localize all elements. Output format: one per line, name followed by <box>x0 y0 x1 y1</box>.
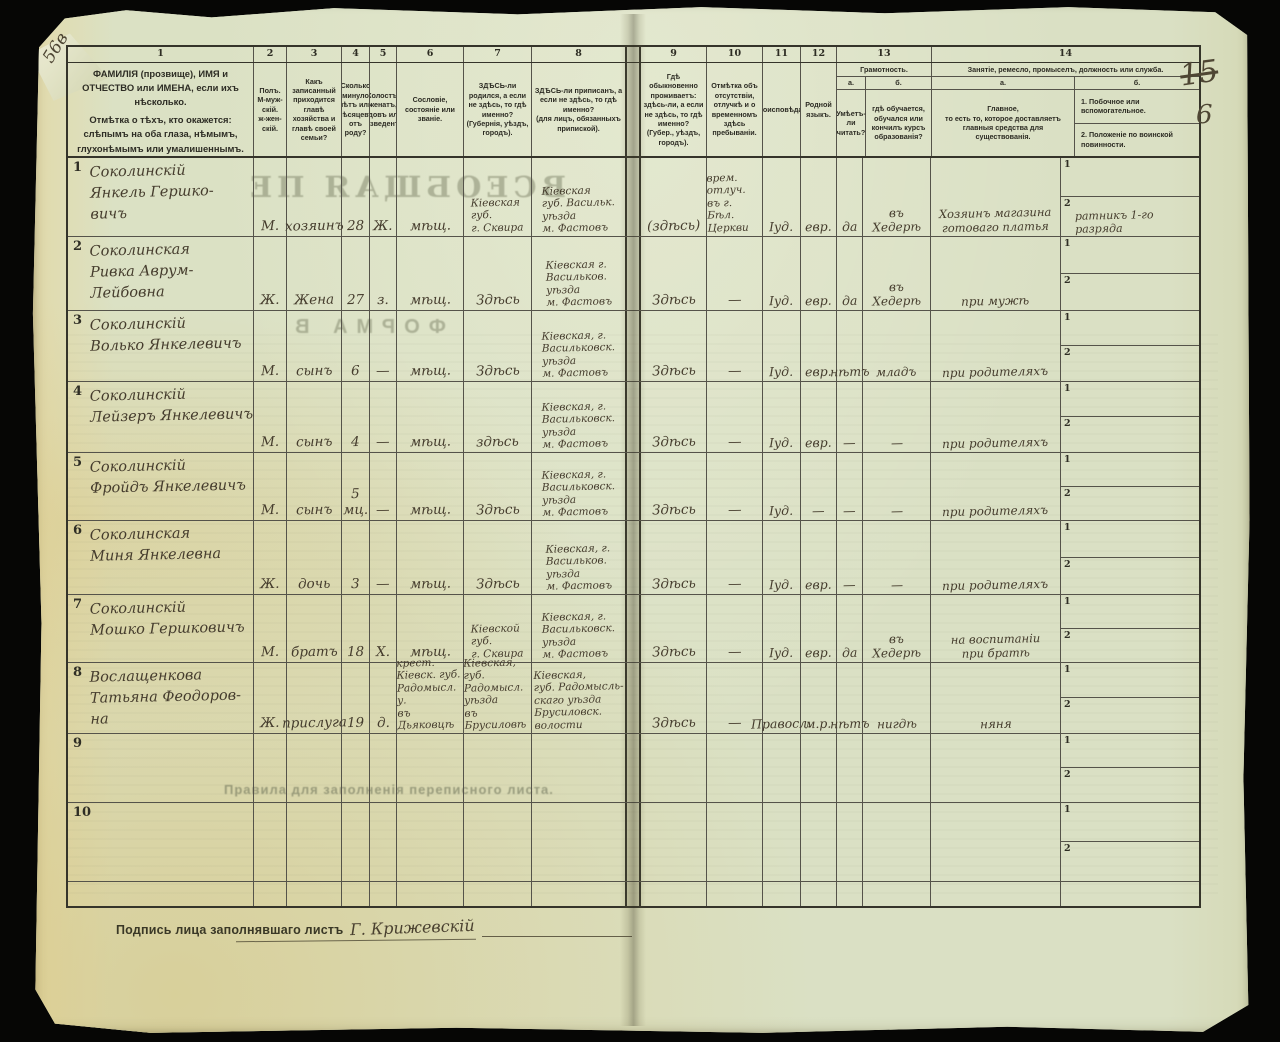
col-number: 13 <box>837 47 932 62</box>
name-cell: 4 Соколинскій Лейзеръ Янкелевичъ <box>68 382 254 452</box>
residence-cell <box>641 803 707 881</box>
signature-block: Подпись лица заполнявшаго листъ Г. Криже… <box>116 918 632 937</box>
absence-cell: — <box>707 382 763 452</box>
age-cell: 3 <box>342 521 370 594</box>
occupation-b2-subcell: 2 <box>1061 629 1199 663</box>
name-cell: 3 Соколинскій Волько Янкелевичъ <box>68 311 254 381</box>
birthplace-cell: Здѣсь <box>464 453 532 520</box>
occupation-b2-subcell: 2 <box>1061 487 1199 521</box>
literacy-b-cell: въ Хедерѣ <box>863 237 931 310</box>
subcell-number: 2 <box>1064 630 1071 641</box>
col-number: 3 <box>287 47 342 62</box>
registration-cell: Кіевская, г. Васильковск. уѣзда м. Фасто… <box>532 453 627 520</box>
header-estate: Сословіе, состояніе или званіе. <box>397 63 464 156</box>
sex-cell: Ж. <box>254 237 287 310</box>
margin-note-15: 15 <box>1178 54 1221 94</box>
photo-of-census-sheet: ВСЕОБЩАЯ ПЕ ФОРМА В Правила для заполнен… <box>0 0 1280 1042</box>
relation-cell: прислуга <box>287 663 342 733</box>
header-birthplace: ЗДѢСЬ-ли родился, а если не здѣсь, то гд… <box>464 63 532 156</box>
fold-gap <box>627 158 641 236</box>
estate-cell: мѣщ. <box>397 382 464 452</box>
signature-underline <box>236 939 476 943</box>
literacy-a-cell: да <box>837 158 863 236</box>
subcell-number: 2 <box>1064 559 1071 570</box>
marital-cell: — <box>370 453 397 520</box>
header-language: Родной языкъ. <box>801 63 837 156</box>
estate-cell: мѣщ. <box>397 311 464 381</box>
registration-cell: Кіевская г. Васильков. уѣзда м. Фастовъ <box>532 237 627 310</box>
header-row: ФАМИЛІЯ (прозвище), ИМЯ и ОТЧЕСТВО или И… <box>68 63 1199 158</box>
residence-cell: Здѣсь <box>641 595 707 662</box>
person-name: Соколинскій Лейзеръ Янкелевичъ <box>90 383 254 428</box>
header-name-note: Отмѣтка о тѣхъ, кто окажется: слѣпымъ на… <box>75 113 246 155</box>
row-number: 4 <box>73 384 82 399</box>
marital-cell: Ж. <box>370 158 397 236</box>
language-cell <box>801 803 837 881</box>
table-body: 1 Соколинскій Янкель Гершко- вичъ М. хоз… <box>68 158 1199 882</box>
language-cell: — <box>801 453 837 520</box>
subcell-number: 2 <box>1064 699 1071 710</box>
person-name <box>90 804 253 807</box>
residence-cell: Здѣсь <box>641 521 707 594</box>
fold-gap <box>627 311 641 381</box>
subcell-number: 2 <box>1064 418 1071 429</box>
subcell-number: 2 <box>1064 198 1071 209</box>
absence-cell: — <box>707 453 763 520</box>
age-cell: 27 <box>342 237 370 310</box>
table-row: 1 Соколинскій Янкель Гершко- вичъ М. хоз… <box>68 158 1199 237</box>
signature-handwriting: Г. Крижевскій <box>349 916 474 939</box>
occupation-b2-subcell: 2 ратникъ 1-го разряда <box>1061 197 1199 236</box>
residence-cell: Здѣсь <box>641 311 707 381</box>
fold-gap <box>627 63 641 156</box>
literacy-a-cell <box>837 803 863 881</box>
header-absence: Отмѣтка объ отсутствіи, отлучкѣ и о врем… <box>707 63 763 156</box>
absence-cell: — <box>707 521 763 594</box>
occupation-b-block: 1. Побочное или вспомогательное. 2. Поло… <box>1075 90 1199 156</box>
registration-cell: Кіевская, г. Васильковск. уѣзда м. Фасто… <box>532 595 627 662</box>
fold-gap <box>627 521 641 594</box>
header-literacy: Грамотность. а. б. Умѣетъ-ли читать? гдѣ… <box>837 63 932 156</box>
subcell-number: 2 <box>1064 488 1071 499</box>
literacy-b-cell <box>863 734 931 802</box>
literacy-b-cell: — <box>863 521 931 594</box>
table-row: 8 Вослащенкова Татьяна Феодоров- на Ж. п… <box>68 663 1199 734</box>
subcell-number: 1 <box>1064 159 1071 170</box>
language-cell: евр. <box>801 237 837 310</box>
col-number: 2 <box>254 47 287 62</box>
residence-cell: Здѣсь <box>641 453 707 520</box>
occupation-a-cell: Хозяинъ магазина готоваго платья <box>931 158 1061 236</box>
occupation-b-cell: 1 2 <box>1061 663 1199 733</box>
name-cell: 7 Соколинскій Мошко Гершковичъ <box>68 595 254 662</box>
birthplace-cell: Здѣсь <box>464 521 532 594</box>
fold-gap <box>627 595 641 662</box>
fold-gap <box>627 734 641 802</box>
signature-label: Подпись лица заполнявшаго листъ <box>116 923 344 937</box>
subcell-number: 2 <box>1064 275 1071 286</box>
registration-cell <box>532 734 627 802</box>
age-cell: 19 <box>342 663 370 733</box>
relation-cell <box>287 734 342 802</box>
absence-cell: врем. отлуч. въ г. Бѣл. Церкви <box>707 158 763 236</box>
relation-cell <box>287 803 342 881</box>
literacy-b-cell <box>863 803 931 881</box>
table-row: 6 Соколинская Миня Янкелевна Ж. дочь 3 —… <box>68 521 1199 595</box>
age-cell <box>342 734 370 802</box>
row-number: 10 <box>73 805 91 820</box>
subcell-number: 2 <box>1064 769 1071 780</box>
absence-cell <box>707 803 763 881</box>
residence-cell: Здѣсь <box>641 382 707 452</box>
registration-cell: Кіевская, г. Васильков. уѣзда м. Фастовъ <box>532 521 627 594</box>
person-name: Соколинская Ривка Аврум- Лейбовна <box>89 238 253 304</box>
registration-cell: Кіевская, губ. Радомысль- скаго уѣзда Бр… <box>532 663 627 733</box>
literacy-b-cell: нигдѣ <box>863 663 931 733</box>
literacy-a-text: Умѣетъ-ли читать? <box>837 90 866 156</box>
residence-cell: Здѣсь <box>641 237 707 310</box>
occupation-a-cell: при мужѣ <box>931 237 1061 310</box>
residence-cell: (здѣсь) <box>641 158 707 236</box>
religion-cell: Іуд. <box>763 453 801 520</box>
registration-cell: Кіевская, г. Васильковск. уѣзда м. Фасто… <box>532 311 627 381</box>
marital-cell: д. <box>370 663 397 733</box>
subcell-number: 1 <box>1064 238 1071 249</box>
literacy-a-label: а. <box>837 77 866 89</box>
name-cell: 6 Соколинская Миня Янкелевна <box>68 521 254 594</box>
literacy-a-cell: нѣтъ <box>837 663 863 733</box>
sex-cell: М. <box>254 595 287 662</box>
marital-cell <box>370 734 397 802</box>
estate-cell: мѣщ. <box>397 237 464 310</box>
row-number: 3 <box>73 313 82 328</box>
literacy-b-cell: — <box>863 382 931 452</box>
literacy-b-cell: въ Хедерѣ <box>863 158 931 236</box>
religion-cell <box>763 734 801 802</box>
subcell-number: 1 <box>1064 596 1071 607</box>
occupation-b2-subcell: 2 <box>1061 558 1199 595</box>
age-cell <box>342 803 370 881</box>
residence-cell <box>641 734 707 802</box>
row-number: 8 <box>73 665 82 680</box>
birthplace-cell: здѣсь <box>464 382 532 452</box>
col-number: 5 <box>370 47 397 62</box>
sex-cell: М. <box>254 158 287 236</box>
margin-note-6: 6 <box>1196 100 1213 130</box>
occupation-title: Занятіе, ремесло, промыселъ, должность и… <box>932 63 1199 77</box>
occupation-b1-subcell: 1 <box>1061 311 1199 346</box>
occupation-b-cell: 1 2 ратникъ 1-го разряда <box>1061 158 1199 236</box>
sex-cell <box>254 734 287 802</box>
registration-cell: Кіевская губ. Васильк. уѣзда м. Фастовъ <box>532 158 627 236</box>
birthplace-cell: Здѣсь <box>464 311 532 381</box>
estate-cell: крест. Кіевск. губ. Радомысл. у. въ Дьяк… <box>397 663 464 733</box>
person-name: Вослащенкова Татьяна Феодоров- на <box>89 664 253 730</box>
occupation-b1-subcell: 1 <box>1061 521 1199 558</box>
occupation-b-cell: 1 2 <box>1061 311 1199 381</box>
person-name: Соколинскій Янкель Гершко- вичъ <box>89 159 253 225</box>
relation-cell: Жена <box>287 237 342 310</box>
table-row: 10 1 2 <box>68 803 1199 882</box>
occupation-b1-subcell: 1 <box>1061 237 1199 274</box>
marital-cell: з. <box>370 237 397 310</box>
estate-cell: мѣщ. <box>397 158 464 236</box>
fold-gap <box>627 382 641 452</box>
subcell-number: 1 <box>1064 454 1071 465</box>
bottom-strip <box>68 882 1199 906</box>
religion-cell: Іуд. <box>763 382 801 452</box>
marital-cell: — <box>370 382 397 452</box>
literacy-a-cell: — <box>837 521 863 594</box>
header-residence: Гдѣ обыкновенно проживаетъ: здѣсь-ли, а … <box>641 63 707 156</box>
col-number: 8 <box>532 47 627 62</box>
fold-gap <box>627 663 641 733</box>
table-row: 3 Соколинскій Волько Янкелевичъ М. сынъ … <box>68 311 1199 382</box>
header-name-column: ФАМИЛІЯ (прозвище), ИМЯ и ОТЧЕСТВО или И… <box>68 63 254 156</box>
occupation-a-cell: няня <box>931 663 1061 733</box>
signature-line <box>482 936 632 937</box>
row-number: 2 <box>73 239 82 254</box>
age-cell: 6 <box>342 311 370 381</box>
age-cell: 28 <box>342 158 370 236</box>
occupation-b-cell: 1 2 <box>1061 237 1199 310</box>
religion-cell: Правосл. <box>763 663 801 733</box>
relation-cell: дочь <box>287 521 342 594</box>
header-sex: Полъ. М-муж-скій. ж-жен-скій. <box>254 63 287 156</box>
table-row: 7 Соколинскій Мошко Гершковичъ М. братъ … <box>68 595 1199 663</box>
col-number: 9 <box>641 47 707 62</box>
subcell-number: 1 <box>1064 664 1071 675</box>
literacy-a-cell: — <box>837 382 863 452</box>
marital-cell: — <box>370 521 397 594</box>
name-cell: 5 Соколинскій Фройдъ Янкелевичъ <box>68 453 254 520</box>
marital-cell: — <box>370 311 397 381</box>
sex-cell: М. <box>254 453 287 520</box>
col-number: 11 <box>763 47 801 62</box>
col-number: 10 <box>707 47 763 62</box>
occupation-b1-subcell: 1 <box>1061 663 1199 698</box>
relation-cell: сынъ <box>287 382 342 452</box>
col-number: 4 <box>342 47 370 62</box>
occupation-b1-subcell: 1 <box>1061 803 1199 842</box>
birthplace-cell <box>464 803 532 881</box>
person-name <box>90 735 253 738</box>
registration-cell: Кіевская, г. Васильковск. уѣзда м. Фасто… <box>532 382 627 452</box>
person-name: Соколинскій Волько Янкелевичъ <box>90 312 254 357</box>
literacy-b-label: б. <box>866 77 931 89</box>
literacy-a-cell: нѣтъ <box>837 311 863 381</box>
name-cell: 1 Соколинскій Янкель Гершко- вичъ <box>68 158 254 236</box>
religion-cell: Іуд. <box>763 237 801 310</box>
literacy-title: Грамотность. <box>837 63 931 77</box>
header-registration: ЗДѢСЬ-ли приписанъ, а если не здѣсь, то … <box>532 63 627 156</box>
occupation-a-cell: при родителяхъ <box>931 382 1061 452</box>
literacy-a-cell: — <box>837 453 863 520</box>
literacy-a-cell <box>837 734 863 802</box>
marital-cell <box>370 803 397 881</box>
birthplace-cell: Кіевская губ. г. Сквира <box>464 158 532 236</box>
relation-cell: сынъ <box>287 453 342 520</box>
census-sheet: ВСЕОБЩАЯ ПЕ ФОРМА В Правила для заполнен… <box>28 4 1252 1036</box>
religion-cell: Іуд. <box>763 521 801 594</box>
sex-cell: М. <box>254 311 287 381</box>
age-cell: 4 <box>342 382 370 452</box>
sex-cell <box>254 803 287 881</box>
occupation-b-cell: 1 2 <box>1061 453 1199 520</box>
subcell-number: 1 <box>1064 383 1071 394</box>
column-number-row: 1 2 3 4 5 6 7 8 9 10 11 12 13 14 <box>68 47 1199 63</box>
fold-gap <box>627 453 641 520</box>
birthplace-cell: Здѣсь <box>464 237 532 310</box>
occupation-b-cell: 1 2 <box>1061 382 1199 452</box>
relation-cell: хозяинъ <box>287 158 342 236</box>
occupation-b1-subcell: 1 <box>1061 382 1199 417</box>
header-name-text: ФАМИЛІЯ (прозвище), ИМЯ и ОТЧЕСТВО или И… <box>75 67 246 109</box>
name-cell: 10 <box>68 803 254 881</box>
row-number: 7 <box>73 597 82 612</box>
census-table: 1 2 3 4 5 6 7 8 9 10 11 12 13 14 ФАМИЛІЯ… <box>66 45 1201 908</box>
occupation-b2-subcell: 2 <box>1061 417 1199 452</box>
name-cell: 2 Соколинская Ривка Аврум- Лейбовна <box>68 237 254 310</box>
subcell-number: 1 <box>1064 522 1071 533</box>
language-cell <box>801 734 837 802</box>
row-number: 9 <box>73 736 82 751</box>
header-occupation: Занятіе, ремесло, промыселъ, должность и… <box>932 63 1199 156</box>
absence-cell <box>707 734 763 802</box>
header-marital: Холостъ, женатъ, вдовъ или разведенъ? <box>370 63 397 156</box>
header-relation: Какъ записанный приходится главѣ хозяйст… <box>287 63 342 156</box>
occupation-b1-subcell: 1 <box>1061 158 1199 197</box>
religion-cell: Іуд. <box>763 311 801 381</box>
occupation-a-cell: при родителяхъ <box>931 311 1061 381</box>
relation-cell: сынъ <box>287 311 342 381</box>
literacy-b-cell: младъ <box>863 311 931 381</box>
occupation-b2-subcell: 2 <box>1061 346 1199 381</box>
absence-cell: — <box>707 595 763 662</box>
birthplace-cell: Кіевской губ. г. Сквира <box>464 595 532 662</box>
literacy-b-cell: — <box>863 453 931 520</box>
literacy-b-text: гдѣ обучается, обучался или кончилъ курс… <box>866 90 931 156</box>
table-row: 4 Соколинскій Лейзеръ Янкелевичъ М. сынъ… <box>68 382 1199 453</box>
fold-gap <box>627 803 641 881</box>
relation-cell: братъ <box>287 595 342 662</box>
col-number: 14 <box>932 47 1199 62</box>
name-cell: 9 <box>68 734 254 802</box>
occupation-a-cell <box>931 803 1061 881</box>
religion-cell: Іуд. <box>763 158 801 236</box>
occupation-b1-subcell: 1 <box>1061 595 1199 629</box>
row-number: 5 <box>73 455 82 470</box>
table-row: 5 Соколинскій Фройдъ Янкелевичъ М. сынъ … <box>68 453 1199 521</box>
sex-cell: М. <box>254 382 287 452</box>
occupation-b1-subcell: 1 <box>1061 453 1199 487</box>
occupation-b-cell: 1 2 <box>1061 595 1199 662</box>
subcell-number: 1 <box>1064 804 1071 815</box>
occupation-b2-subcell: 2 <box>1061 768 1199 802</box>
religion-cell: Іуд. <box>763 595 801 662</box>
fold-gap <box>627 237 641 310</box>
birthplace-cell <box>464 734 532 802</box>
registration-cell <box>532 803 627 881</box>
occupation-a-cell: при родителяхъ <box>931 453 1061 520</box>
occupation-a-cell <box>931 734 1061 802</box>
occupation-b2-subcell: 2 <box>1061 274 1199 311</box>
absence-cell: — <box>707 237 763 310</box>
age-cell: 18 <box>342 595 370 662</box>
table-row: 9 1 2 <box>68 734 1199 803</box>
person-name: Соколинскій Мошко Гершковичъ <box>90 596 254 641</box>
row-number: 6 <box>73 523 82 538</box>
estate-cell <box>397 734 464 802</box>
marital-cell: Х. <box>370 595 397 662</box>
sex-cell: Ж. <box>254 521 287 594</box>
subcell-number: 2 <box>1064 843 1071 854</box>
subcell-number: 1 <box>1064 735 1071 746</box>
person-name: Соколинскій Фройдъ Янкелевичъ <box>90 454 254 499</box>
occupation-a-cell: на воспитаніи при братѣ <box>931 595 1061 662</box>
col-number: 1 <box>68 47 254 62</box>
language-cell: евр. <box>801 595 837 662</box>
occupation-a-cell: при родителяхъ <box>931 521 1061 594</box>
birthplace-cell: Кіевская, губ. Радомысл. уѣзда въ Брусил… <box>464 663 532 733</box>
age-cell: 5 мц. <box>342 453 370 520</box>
occupation-b-cell: 1 2 <box>1061 734 1199 802</box>
person-name: Соколинская Миня Янкелевна <box>90 522 254 567</box>
language-cell: евр. <box>801 382 837 452</box>
col-number: 7 <box>464 47 532 62</box>
language-cell: евр. <box>801 521 837 594</box>
occupation-b2-subcell: 2 <box>1061 842 1199 881</box>
occupation-b1-text: 1. Побочное или вспомогательное. <box>1075 90 1199 123</box>
occupation-a-label: а. <box>932 77 1075 89</box>
literacy-a-cell: да <box>837 595 863 662</box>
occupation-b-cell: 1 2 <box>1061 521 1199 594</box>
header-age: Сколько минуло лѣтъ или мѣсяцевъ отъ род… <box>342 63 370 156</box>
header-religion: Вѣроисповѣданіе. <box>763 63 801 156</box>
language-cell: евр. <box>801 158 837 236</box>
subcell-number: 1 <box>1064 312 1071 323</box>
literacy-a-cell: да <box>837 237 863 310</box>
fold-gap <box>627 47 641 62</box>
estate-cell: мѣщ. <box>397 595 464 662</box>
absence-cell: — <box>707 311 763 381</box>
literacy-b-cell: въ Хедерѣ <box>863 595 931 662</box>
religion-cell <box>763 803 801 881</box>
occupation-b-cell: 1 2 <box>1061 803 1199 881</box>
col-number: 6 <box>397 47 464 62</box>
occupation-a-text: Главное, то есть то, которое доставляетъ… <box>932 90 1075 156</box>
estate-cell: мѣщ. <box>397 521 464 594</box>
estate-cell <box>397 803 464 881</box>
occupation-b2-text: 2. Положеніе по воинской повинности. <box>1075 123 1199 157</box>
subcell-number: 2 <box>1064 347 1071 358</box>
name-cell: 8 Вослащенкова Татьяна Феодоров- на <box>68 663 254 733</box>
residence-cell: Здѣсь <box>641 663 707 733</box>
table-row: 2 Соколинская Ривка Аврум- Лейбовна Ж. Ж… <box>68 237 1199 311</box>
estate-cell: мѣщ. <box>397 453 464 520</box>
occupation-b2-subcell: 2 <box>1061 698 1199 733</box>
occupation-b1-subcell: 1 <box>1061 734 1199 768</box>
col-number: 12 <box>801 47 837 62</box>
row-number: 1 <box>73 160 82 175</box>
